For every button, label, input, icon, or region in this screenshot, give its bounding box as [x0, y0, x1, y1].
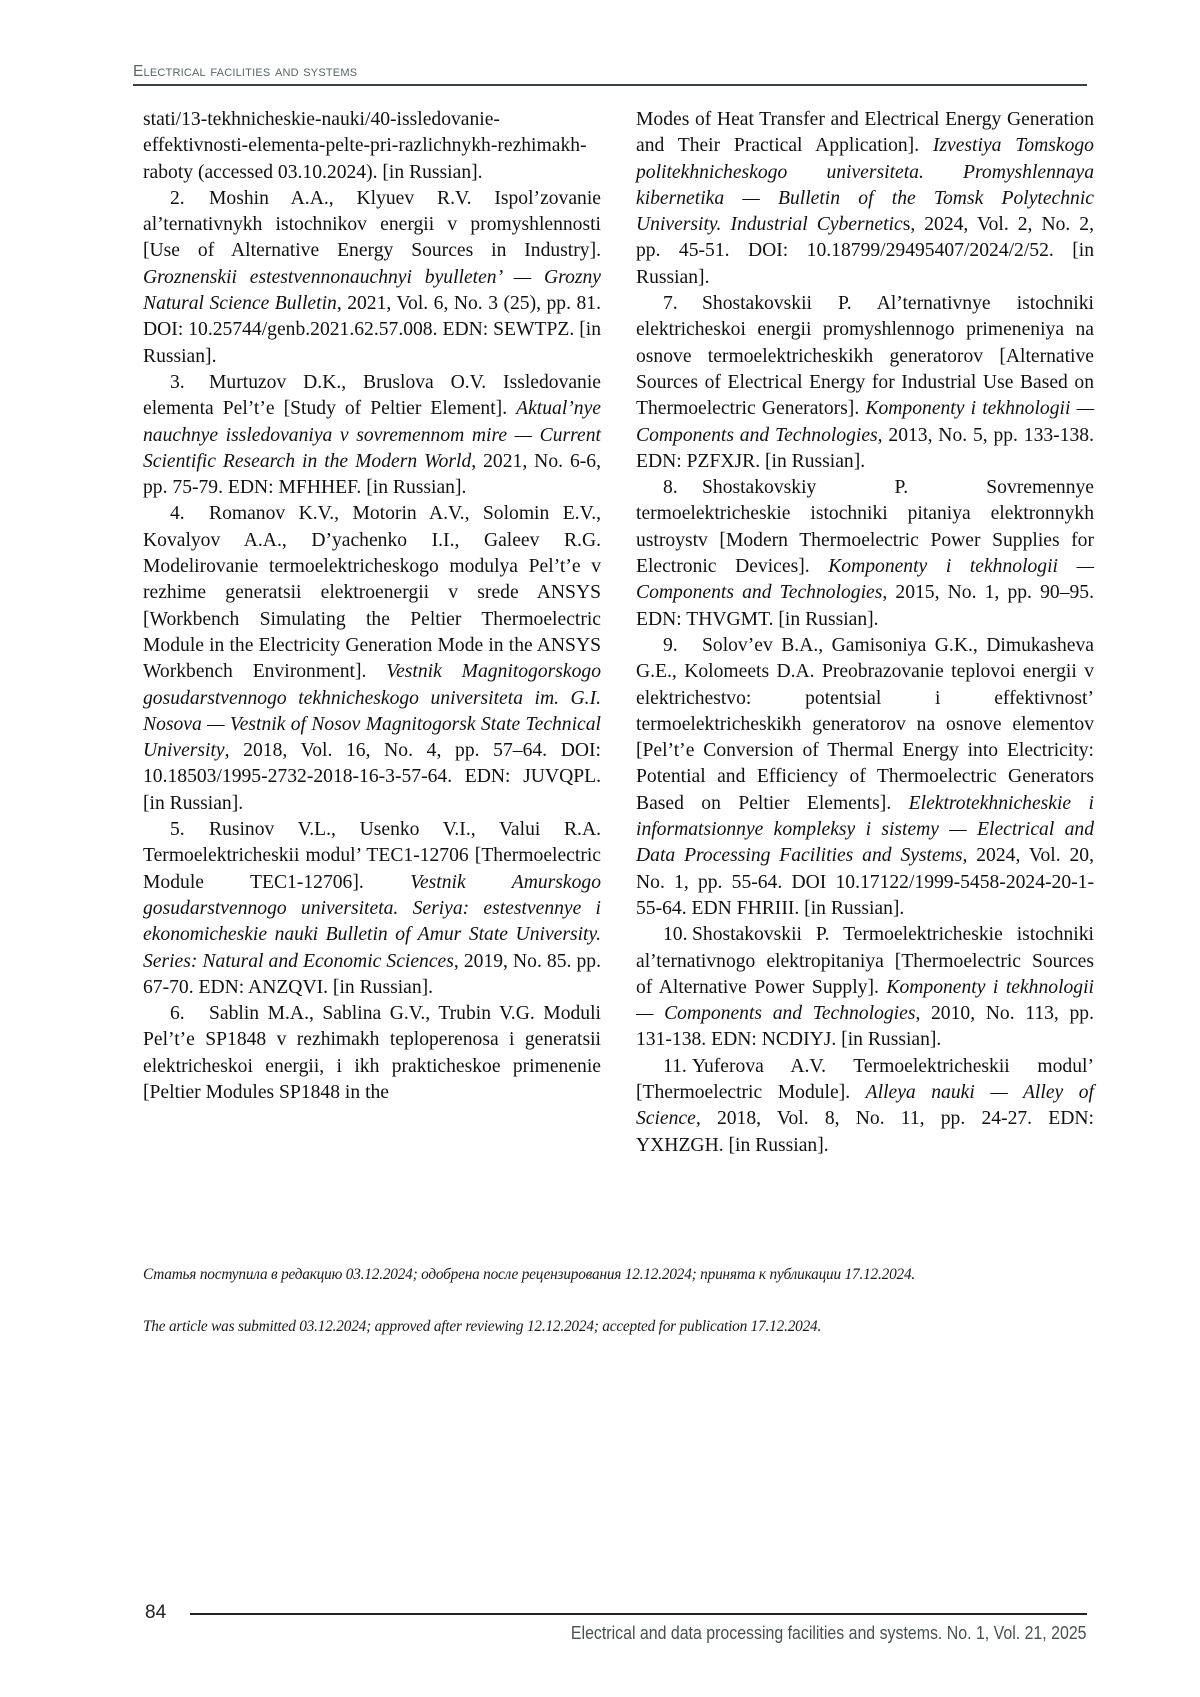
reference-number: 3.	[170, 370, 209, 396]
reference-number: 11.	[663, 1054, 692, 1080]
reference-item: 3.Murtuzov D.K., Bruslova O.V. Issledova…	[143, 370, 601, 501]
reference-details: 2018, Vol. 8, No. 11, pp. 24-27. EDN: YX…	[636, 1108, 1094, 1155]
reference-item: 8.Shostakovskiy P. Sovremennye termoelek…	[636, 475, 1094, 633]
journal-page: Electrical facilities and systems stati/…	[0, 0, 1200, 1697]
reference-number: 8.	[663, 475, 702, 501]
reference-number: 6.	[170, 1001, 209, 1027]
reference-number: 2.	[170, 186, 209, 212]
reference-item: 9.Solov’ev B.A., Gamisoniya G.K., Dimuka…	[636, 633, 1094, 922]
reference-item: 7.Shostakovskii P. Al’ternativnye istoch…	[636, 291, 1094, 475]
reference-item: 11.Yuferova A.V. Termoelektricheskii mod…	[636, 1054, 1094, 1159]
reference-continuation: stati/13-tekhnicheskie-nauki/40-issledov…	[143, 107, 601, 186]
reference-item: 4.Romanov K.V., Motorin A.V., Solomin E.…	[143, 501, 601, 817]
references-left-column: stati/13-tekhnicheskie-nauki/40-issledov…	[143, 107, 601, 1106]
reference-number: 7.	[663, 291, 702, 317]
footer-journal-title: Electrical and data processing facilitie…	[571, 1622, 1087, 1644]
reference-item: 2.Moshin A.A., Klyuev R.V. Ispol’zovanie…	[143, 186, 601, 370]
footer-rule	[190, 1613, 1087, 1615]
submission-dates-english: The article was submitted 03.12.2024; ap…	[143, 1318, 1103, 1336]
reference-item: 6.Sablin M.A., Sablina G.V., Trubin V.G.…	[143, 1001, 601, 1106]
reference-number: 5.	[170, 817, 209, 843]
reference-item: 10.Shostakovskii P. Termoelektricheskie …	[636, 922, 1094, 1053]
header-rule	[133, 84, 1087, 86]
reference-authors-title: Romanov K.V., Motorin A.V., Solomin E.V.…	[143, 503, 601, 682]
page-number: 84	[145, 1602, 166, 1624]
reference-authors-title: Sablin M.A., Sablina G.V., Trubin V.G. M…	[143, 1003, 601, 1103]
reference-authors-title: Moshin A.A., Klyuev R.V. Ispol’zovanie a…	[143, 188, 601, 262]
reference-authors-title: Solov’ev B.A., Gamisoniya G.K., Dimukash…	[636, 635, 1094, 814]
references-right-column: Modes of Heat Transfer and Electrical En…	[636, 107, 1094, 1159]
submission-dates-russian: Статья поступила в редакцию 03.12.2024; …	[143, 1266, 1103, 1284]
reference-number: 9.	[663, 633, 702, 659]
reference-number: 10.	[663, 922, 692, 948]
reference-continuation: Modes of Heat Transfer and Electrical En…	[636, 107, 1094, 291]
reference-item: 5.Rusinov V.L., Usenko V.I., Valui R.A. …	[143, 817, 601, 1001]
reference-number: 4.	[170, 501, 209, 527]
running-head: Electrical facilities and systems	[133, 63, 1087, 81]
